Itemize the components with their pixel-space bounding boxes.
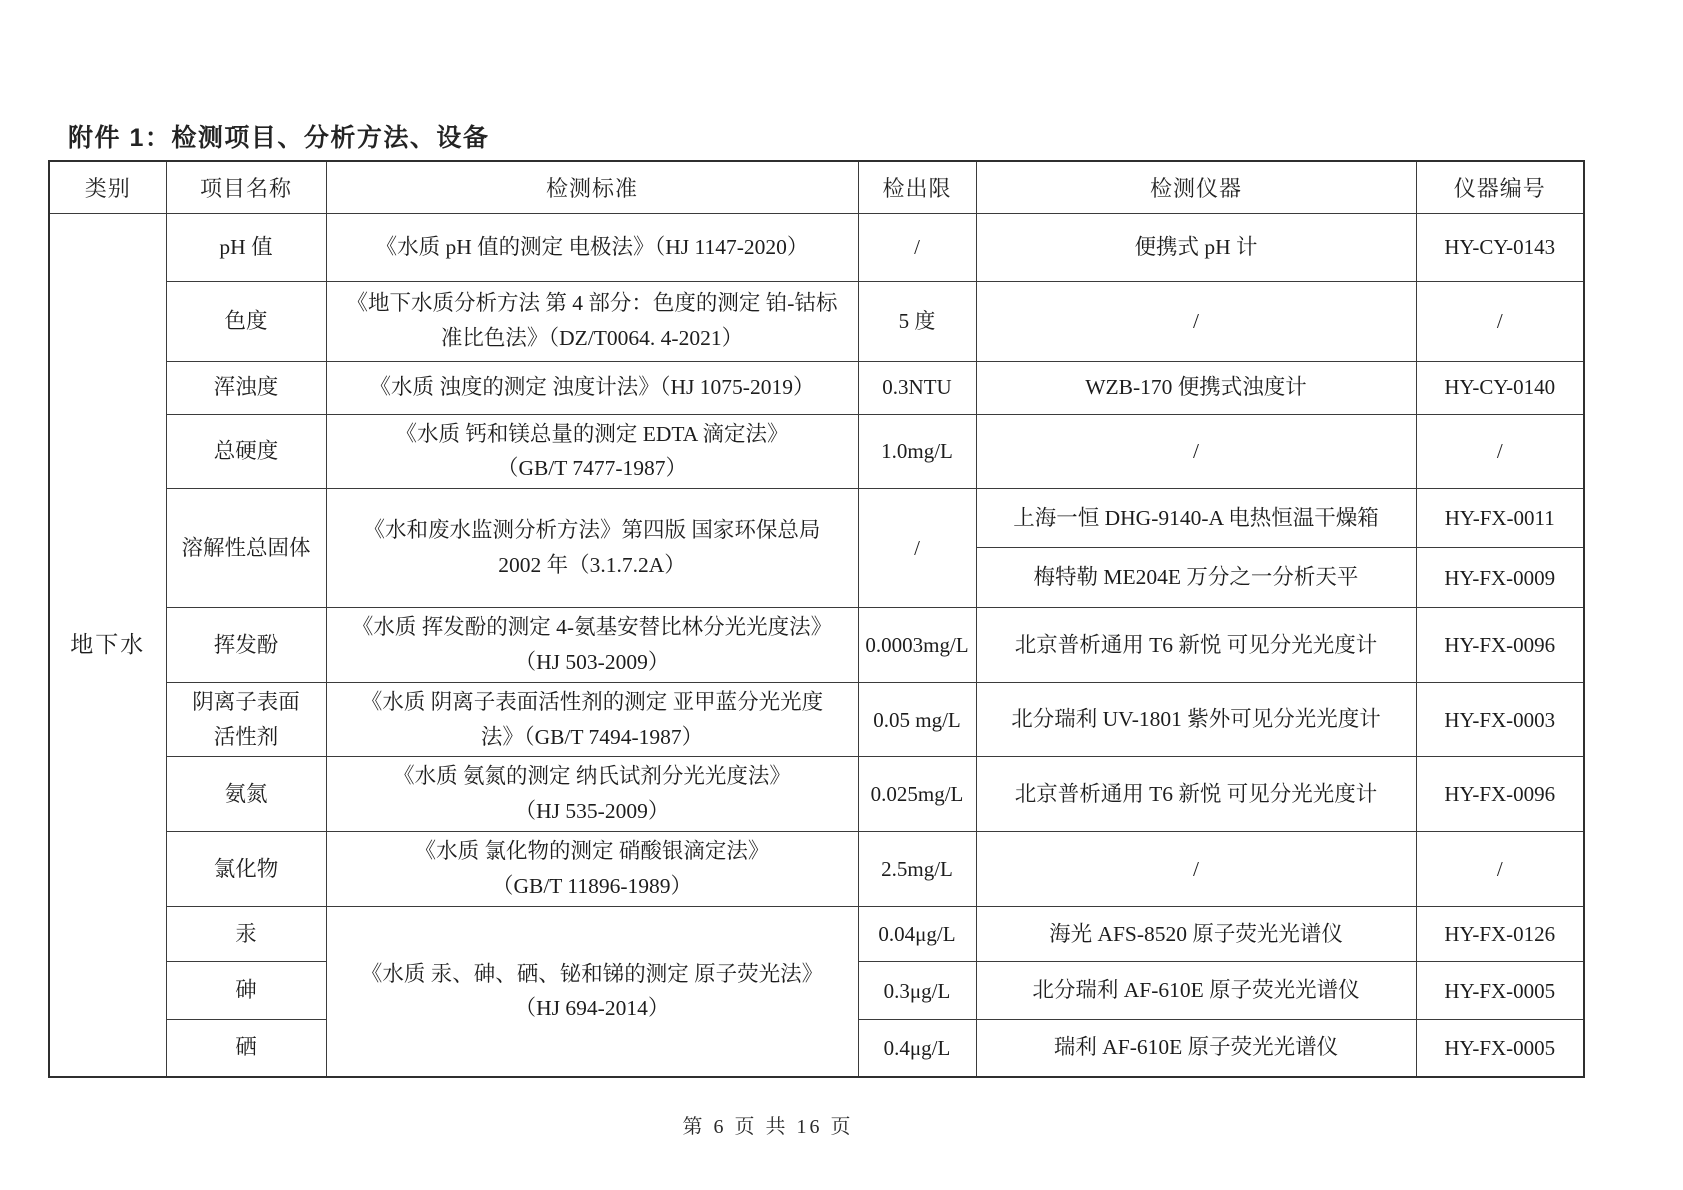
instrument-no-cell: HY-FX-0096 <box>1416 608 1584 683</box>
limit-cell: 0.025mg/L <box>858 757 976 832</box>
instrument-no-cell: / <box>1416 414 1584 489</box>
column-header-category: 类别 <box>49 161 166 213</box>
limit-cell: 0.3μg/L <box>858 962 976 1020</box>
table-row: 汞 《水质 汞、砷、硒、铋和锑的测定 原子荧光法》 （HJ 694-2014） … <box>49 907 1584 962</box>
instrument-cell: WZB-170 便携式浊度计 <box>976 361 1416 414</box>
instrument-cell: 北京普析通用 T6 新悦 可见分光光度计 <box>976 757 1416 832</box>
column-header-instrument-no: 仪器编号 <box>1416 161 1584 213</box>
standard-cell: 《水和废水监测分析方法》第四版 国家环保总局 2002 年（3.1.7.2A） <box>326 489 858 608</box>
instrument-no-cell: HY-FX-0126 <box>1416 907 1584 962</box>
item-cell: 色度 <box>166 281 326 361</box>
table-header-row: 类别 项目名称 检测标准 检出限 检测仪器 仪器编号 <box>49 161 1584 213</box>
table-row: 溶解性总固体 《水和废水监测分析方法》第四版 国家环保总局 2002 年（3.1… <box>49 489 1584 548</box>
limit-cell: 0.04μg/L <box>858 907 976 962</box>
item-cell: 硒 <box>166 1020 326 1077</box>
instrument-no-cell: HY-FX-0005 <box>1416 962 1584 1020</box>
table-row: 氯化物 《水质 氯化物的测定 硝酸银滴定法》 （GB/T 11896-1989）… <box>49 832 1584 907</box>
page-number-footer: 第 6 页 共 16 页 <box>48 1110 1488 1139</box>
item-cell: 浑浊度 <box>166 361 326 414</box>
standard-cell: 《水质 pH 值的测定 电极法》（HJ 1147-2020） <box>326 213 858 281</box>
category-cell: 地下水 <box>49 213 166 1077</box>
item-cell: 氯化物 <box>166 832 326 907</box>
item-cell: 挥发酚 <box>166 608 326 683</box>
table-row: 总硬度 《水质 钙和镁总量的测定 EDTA 滴定法》 （GB/T 7477-19… <box>49 414 1584 489</box>
instrument-no-cell: HY-FX-0005 <box>1416 1020 1584 1077</box>
column-header-instrument: 检测仪器 <box>976 161 1416 213</box>
standard-cell: 《水质 氨氮的测定 纳氏试剂分光光度法》 （HJ 535-2009） <box>326 757 858 832</box>
instrument-no-cell: HY-FX-0003 <box>1416 682 1584 757</box>
table-row: 挥发酚 《水质 挥发酚的测定 4-氨基安替比林分光光度法》 （HJ 503-20… <box>49 608 1584 683</box>
instrument-no-cell: HY-CY-0143 <box>1416 213 1584 281</box>
page-title: 附件 1：检测项目、分析方法、设备 <box>68 118 489 154</box>
instrument-no-cell: / <box>1416 832 1584 907</box>
standard-cell: 《水质 氯化物的测定 硝酸银滴定法》 （GB/T 11896-1989） <box>326 832 858 907</box>
column-header-standard: 检测标准 <box>326 161 858 213</box>
instrument-cell: / <box>976 832 1416 907</box>
column-header-limit: 检出限 <box>858 161 976 213</box>
item-cell: 汞 <box>166 907 326 962</box>
instrument-cell: 海光 AFS-8520 原子荧光光谱仪 <box>976 907 1416 962</box>
standard-cell: 《水质 钙和镁总量的测定 EDTA 滴定法》 （GB/T 7477-1987） <box>326 414 858 489</box>
instrument-cell: / <box>976 281 1416 361</box>
item-cell: 溶解性总固体 <box>166 489 326 608</box>
table-row: 地下水 pH 值 《水质 pH 值的测定 电极法》（HJ 1147-2020） … <box>49 213 1584 281</box>
limit-cell: / <box>858 213 976 281</box>
standard-cell: 《水质 挥发酚的测定 4-氨基安替比林分光光度法》 （HJ 503-2009） <box>326 608 858 683</box>
limit-cell: 0.3NTU <box>858 361 976 414</box>
instrument-no-cell: HY-FX-0011 <box>1416 489 1584 548</box>
item-cell: 砷 <box>166 962 326 1020</box>
item-cell: 阴离子表面 活性剂 <box>166 682 326 757</box>
instrument-no-cell: HY-CY-0140 <box>1416 361 1584 414</box>
standard-cell: 《水质 汞、砷、硒、铋和锑的测定 原子荧光法》 （HJ 694-2014） <box>326 907 858 1077</box>
instrument-cell: / <box>976 414 1416 489</box>
instrument-cell: 北京普析通用 T6 新悦 可见分光光度计 <box>976 608 1416 683</box>
limit-cell: 5 度 <box>858 281 976 361</box>
column-header-item: 项目名称 <box>166 161 326 213</box>
instrument-cell: 瑞利 AF-610E 原子荧光光谱仪 <box>976 1020 1416 1077</box>
document-page: 附件 1：检测项目、分析方法、设备 类别 项目名称 检测标准 检出限 检测仪器 … <box>0 0 1683 1190</box>
item-cell: 总硬度 <box>166 414 326 489</box>
standard-cell: 《水质 阴离子表面活性剂的测定 亚甲蓝分光光度 法》（GB/T 7494-198… <box>326 682 858 757</box>
standard-cell: 《地下水质分析方法 第 4 部分：色度的测定 铂-钴标 准比色法》（DZ/T00… <box>326 281 858 361</box>
instrument-cell: 北分瑞利 UV-1801 紫外可见分光光度计 <box>976 682 1416 757</box>
detection-table: 类别 项目名称 检测标准 检出限 检测仪器 仪器编号 地下水 pH 值 《水质 … <box>48 160 1585 1078</box>
standard-cell: 《水质 浊度的测定 浊度计法》（HJ 1075-2019） <box>326 361 858 414</box>
instrument-cell: 梅特勒 ME204E 万分之一分析天平 <box>976 548 1416 608</box>
instrument-cell: 上海一恒 DHG-9140-A 电热恒温干燥箱 <box>976 489 1416 548</box>
instrument-cell: 北分瑞利 AF-610E 原子荧光光谱仪 <box>976 962 1416 1020</box>
table-row: 阴离子表面 活性剂 《水质 阴离子表面活性剂的测定 亚甲蓝分光光度 法》（GB/… <box>49 682 1584 757</box>
limit-cell: 2.5mg/L <box>858 832 976 907</box>
instrument-no-cell: / <box>1416 281 1584 361</box>
item-cell: pH 值 <box>166 213 326 281</box>
instrument-no-cell: HY-FX-0096 <box>1416 757 1584 832</box>
limit-cell: / <box>858 489 976 608</box>
limit-cell: 0.05 mg/L <box>858 682 976 757</box>
instrument-cell: 便携式 pH 计 <box>976 213 1416 281</box>
limit-cell: 0.4μg/L <box>858 1020 976 1077</box>
limit-cell: 0.0003mg/L <box>858 608 976 683</box>
instrument-no-cell: HY-FX-0009 <box>1416 548 1584 608</box>
limit-cell: 1.0mg/L <box>858 414 976 489</box>
table-row: 浑浊度 《水质 浊度的测定 浊度计法》（HJ 1075-2019） 0.3NTU… <box>49 361 1584 414</box>
table-row: 色度 《地下水质分析方法 第 4 部分：色度的测定 铂-钴标 准比色法》（DZ/… <box>49 281 1584 361</box>
table-row: 氨氮 《水质 氨氮的测定 纳氏试剂分光光度法》 （HJ 535-2009） 0.… <box>49 757 1584 832</box>
item-cell: 氨氮 <box>166 757 326 832</box>
